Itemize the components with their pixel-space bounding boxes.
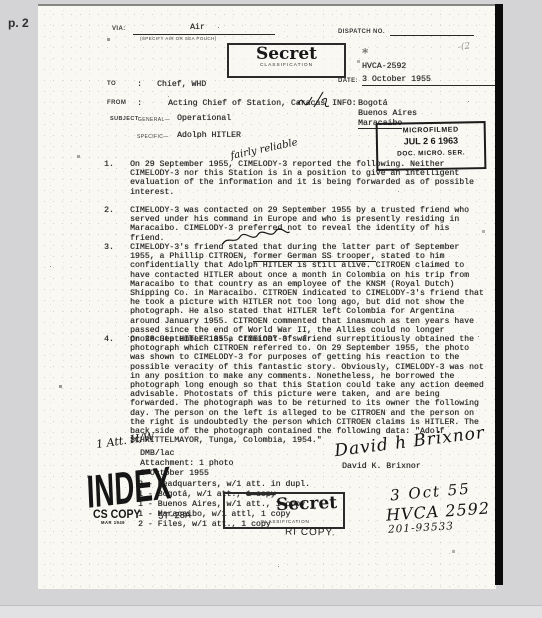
- date-value: 3 October 1955: [362, 75, 500, 86]
- paragraph-1-number: 1.: [104, 160, 130, 197]
- pencil-star-mark: *: [362, 46, 368, 60]
- to-label: TO: [107, 81, 116, 87]
- classification-label-bottom: CLASSIFICATION: [261, 519, 310, 524]
- scan-noise: [38, 6, 39, 7]
- document-number: HVCA-2592: [362, 62, 406, 71]
- paragraph-2: 2. CIMELODY-3 was contacted on 29 Septem…: [104, 206, 486, 243]
- paragraph-1-text: On 29 September 1955, CIMELODY-3 reporte…: [130, 160, 474, 197]
- subject-general-label: GENERAL—: [138, 117, 170, 123]
- date-label: DATE:: [338, 78, 358, 84]
- signature-typed-name: David K. Brixnor: [342, 462, 421, 471]
- from-label: FROM: [107, 100, 126, 106]
- secret-stamp-bottom: Secret: [276, 493, 338, 515]
- dispatch-line: [390, 23, 474, 36]
- subject-specific-value: Adolph HITLER: [177, 131, 241, 140]
- info-value-buenos-aires: Buenos Aires: [358, 109, 417, 118]
- cs-copy-stamp: CS COPY: [93, 507, 141, 521]
- pencil-note-mark: -(2: [458, 41, 471, 52]
- handwritten-initials-mark: [296, 90, 330, 110]
- ri-copy-stamp: RI COPY.: [285, 527, 336, 539]
- via-label: VIA:: [112, 26, 126, 32]
- microfilmed-stamp-line2: JUL 2 6 1963: [378, 135, 484, 147]
- reliability-annotation: fairly reliable: [230, 137, 299, 162]
- page-number-label: p. 2: [8, 16, 29, 30]
- paragraph-4-number: 4.: [104, 335, 130, 445]
- microfilmed-stamp-line3: DOC. MICRO. SER.: [378, 149, 484, 158]
- dispatch-label: DISPATCH NO.: [338, 29, 385, 35]
- cs-copy-date: MAR 1949: [101, 520, 125, 525]
- paragraph-1: 1. On 29 September 1955, CIMELODY-3 repo…: [104, 160, 486, 197]
- scan-edge-bar: [495, 4, 503, 585]
- paragraph-3-number: 3.: [104, 243, 130, 344]
- to-value: Chief, WHD: [157, 80, 206, 89]
- viewer-bottom-strip: [0, 605, 542, 618]
- classification-box-top: Secret CLASSIFICATION: [227, 43, 346, 78]
- handwritten-file-number-note: 201-93533: [388, 520, 455, 535]
- info-value-bogota: Bogotá: [358, 99, 387, 108]
- subject-label: SUBJECT:: [110, 116, 140, 122]
- classification-label-top: CLASSIFICATION: [229, 63, 344, 68]
- from-colon: :: [137, 99, 142, 108]
- paragraph-3: 3. CIMELODY-3's friend stated that durin…: [104, 243, 486, 344]
- screenshot-root: { "colors": {"page_bg": "#f9f8f3", "fram…: [0, 0, 542, 618]
- classification-box-bottom: Secret CLASSIFICATION: [223, 492, 345, 529]
- secret-stamp-top: Secret: [229, 45, 344, 63]
- index-stamp: INDEX: [86, 462, 172, 512]
- file-code: 5T-28A: [158, 510, 191, 521]
- paragraph-2-number: 2.: [104, 206, 130, 243]
- document-page: VIA: Air (SPECIFY AIR OR SEA POUCH) DISP…: [38, 4, 496, 589]
- subject-general-value: Operational: [177, 114, 231, 123]
- via-note: (SPECIFY AIR OR SEA POUCH): [140, 36, 217, 41]
- info-label: INFO:: [332, 99, 357, 108]
- to-colon: :: [137, 80, 142, 89]
- subject-specific-label: SPECIFIC—: [137, 134, 169, 140]
- paragraph-2-text: CIMELODY-3 was contacted on 29 September…: [130, 206, 469, 243]
- microfilmed-stamp-line1: MICROFILMED: [378, 126, 484, 135]
- via-value: Air: [190, 23, 205, 32]
